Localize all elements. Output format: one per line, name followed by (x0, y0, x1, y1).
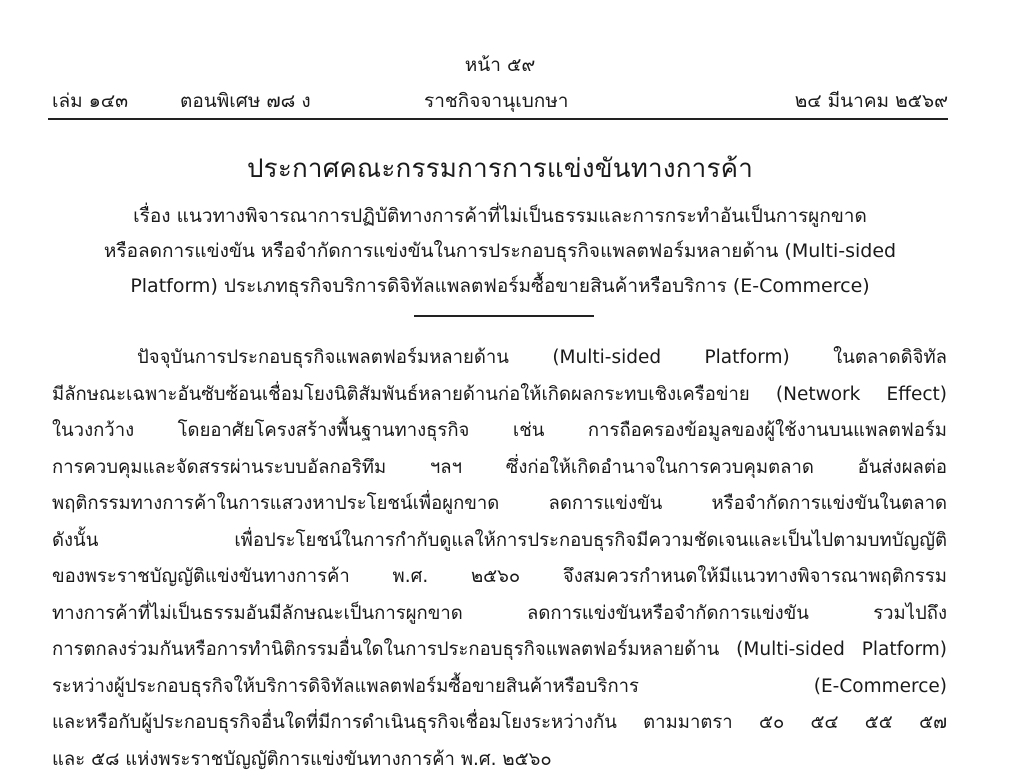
announcement-title: ประกาศคณะกรรมการการแข่งขันทางการค้า (0, 148, 1000, 189)
header-divider (48, 118, 948, 120)
subject-line: Platform) ประเภทธุรกิจบริการดิจิทัลแพลตฟ… (0, 271, 1000, 301)
publication-date: ๒๔ มีนาคม ๒๕๖๙ (795, 86, 948, 116)
body-line: การควบคุมและจัดสรรผ่านระบบอัลกอริทึม ฯลฯ… (52, 450, 947, 487)
body-line: มีลักษณะเฉพาะอันซับซ้อนเชื่อมโยงนิติสัมพ… (52, 377, 947, 414)
body-line: ของพระราชบัญญัติแข่งขันทางการค้า พ.ศ. ๒๕… (52, 559, 947, 596)
body-line: ปัจจุบันการประกอบธุรกิจแพลตฟอร์มหลายด้าน… (52, 340, 947, 377)
subject-line: เรื่อง แนวทางพิจารณาการปฏิบัติทางการค้าท… (0, 201, 1000, 231)
body-line: พฤติกรรมทางการค้าในการแสวงหาประโยชน์เพื่… (52, 486, 947, 523)
body-paragraph: ปัจจุบันการประกอบธุรกิจแพลตฟอร์มหลายด้าน… (52, 340, 947, 778)
body-line: และหรือกับผู้ประกอบธุรกิจอื่นใดที่มีการด… (52, 705, 947, 742)
body-line: ระหว่างผู้ประกอบธุรกิจให้บริการดิจิทัลแพ… (52, 669, 947, 706)
body-line: และ ๕๘ แห่งพระราชบัญญัติการแข่งขันทางการ… (52, 742, 947, 779)
gazette-name: ราชกิจจานุเบกษา (424, 86, 568, 116)
body-line: ในวงกว้าง โดยอาศัยโครงสร้างพื้นฐานทางธุร… (52, 413, 947, 450)
subject-line: หรือลดการแข่งขัน หรือจำกัดการแข่งขันในกา… (0, 236, 1000, 266)
section-label: ตอนพิเศษ ๗๘ ง (180, 86, 311, 116)
body-line: การตกลงร่วมกันหรือการทำนิติกรรมอื่นใดในก… (52, 632, 947, 669)
body-line: ทางการค้าที่ไม่เป็นธรรมอันมีลักษณะเป็นกา… (52, 596, 947, 633)
body-line: ดังนั้น เพื่อประโยชน์ในการกำกับดูแลให้กา… (52, 523, 947, 560)
page-number: หน้า ๕๙ (0, 50, 1000, 80)
volume-label: เล่ม ๑๔๓ (52, 86, 128, 116)
subject-divider (414, 315, 594, 317)
